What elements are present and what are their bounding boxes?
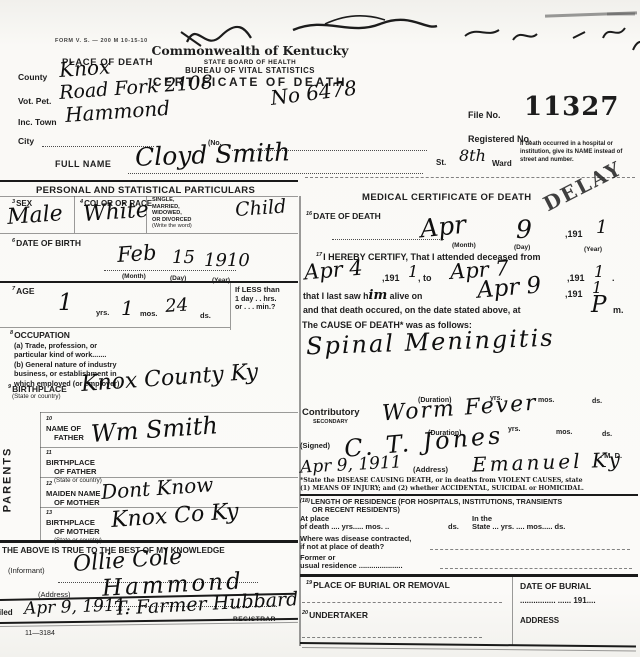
file-no-value: 11327 bbox=[524, 92, 619, 123]
age-years-value: 1 bbox=[58, 290, 73, 316]
divider bbox=[512, 577, 513, 645]
delay-stamp: DELAY bbox=[539, 156, 626, 216]
divider bbox=[0, 233, 298, 234]
item-number: 19 bbox=[306, 580, 312, 586]
mos-label: mos. bbox=[538, 397, 554, 405]
item-number: 6 bbox=[12, 238, 15, 244]
item-number: 16 bbox=[306, 211, 312, 217]
sex-value: Male bbox=[6, 201, 63, 230]
item-number: 11 bbox=[46, 450, 52, 456]
ds-label: ds. bbox=[200, 312, 211, 321]
divider bbox=[299, 196, 301, 646]
contracted-blank-line bbox=[430, 549, 630, 550]
hospital-note: If death occurred in a hospital or insti… bbox=[520, 141, 636, 164]
yrs-label: yrs. bbox=[508, 426, 520, 434]
occupation-label: 8OCCUPATION bbox=[10, 330, 70, 340]
father-name-value: Wm Smith bbox=[90, 411, 219, 448]
mos-label: mos. bbox=[556, 429, 572, 437]
divider bbox=[0, 540, 298, 543]
item-number: 8 bbox=[10, 330, 13, 336]
printed-year-prefix: ,191 bbox=[567, 273, 585, 284]
contributory-value: Worm Fever bbox=[381, 391, 538, 427]
cause-footnote-line1: *State the DISEASE CAUSING DEATH, or in … bbox=[300, 477, 583, 484]
street-label: St. bbox=[436, 158, 446, 167]
attended-from-value: Apr 4 bbox=[303, 255, 364, 284]
from-year-hand: 1 bbox=[408, 262, 418, 281]
divider bbox=[40, 412, 41, 540]
signed-date-value: Apr 9, 1911 bbox=[300, 452, 402, 477]
age-label: 7AGE bbox=[12, 286, 34, 296]
item-number: 9 bbox=[8, 384, 11, 390]
burial-place-blank-line bbox=[302, 602, 502, 603]
item-number: 17 bbox=[316, 252, 322, 258]
date-of-burial-blank: ................ ...... 191.... bbox=[520, 596, 596, 605]
ds-label: ds. bbox=[592, 398, 602, 406]
item-number: 13 bbox=[46, 510, 52, 516]
date-of-death-label: 16DATE OF DEATH bbox=[306, 211, 381, 221]
year-label: (Year) bbox=[584, 246, 602, 254]
secondary-label: SECONDARY bbox=[313, 419, 348, 425]
death-day-value: 9 bbox=[516, 215, 532, 244]
month-label: (Month) bbox=[122, 273, 146, 281]
month-label: (Month) bbox=[452, 242, 476, 250]
filed-label: Filed bbox=[0, 608, 13, 617]
color-race-value: White bbox=[82, 197, 149, 227]
divider bbox=[300, 574, 638, 577]
him-handwritten: im bbox=[369, 288, 388, 303]
informant-label: (Informant) bbox=[8, 567, 45, 576]
full-name-value: Cloyd Smith bbox=[135, 137, 291, 171]
divider bbox=[230, 283, 231, 330]
death-certificate-scan: FORM V. S. — 200 M 10-15-10 Commonwealth… bbox=[0, 0, 640, 657]
divider bbox=[40, 412, 298, 413]
marital-status-value: Child bbox=[234, 195, 287, 221]
parents-section-label: PARENTS bbox=[0, 418, 16, 540]
state-or-country-label: (State or country) bbox=[12, 393, 61, 400]
day-label: (Day) bbox=[514, 244, 530, 252]
signed-label: (Signed) bbox=[300, 442, 330, 451]
physician-address-value: Emanuel Ky bbox=[472, 447, 624, 476]
father-name-label: 10NAME OF FATHER bbox=[46, 416, 84, 443]
father-birthplace-label: 11BIRTHPLACE OF FATHER (State or country… bbox=[46, 450, 102, 484]
meridiem-label: m. bbox=[613, 305, 624, 316]
divider bbox=[300, 494, 638, 496]
birth-year-value: 1910 bbox=[204, 250, 250, 271]
if-less-than-note: If LESS than 1 day . . hrs. or . . . min… bbox=[235, 286, 280, 312]
item-number: 7 bbox=[12, 286, 15, 292]
period: . bbox=[612, 273, 615, 284]
item-number: 20 bbox=[302, 610, 308, 616]
medical-section-title: MEDICAL CERTIFICATE OF DEATH bbox=[362, 192, 532, 203]
divider bbox=[302, 647, 636, 651]
printed-year-prefix: ,191 bbox=[565, 289, 583, 300]
cause-footnote-line2: (1) MEANS OF INJURY; and (2) whether ACC… bbox=[300, 485, 584, 492]
voting-precinct-label: Vot. Pet. bbox=[18, 96, 51, 106]
form-code: 11—3184 bbox=[25, 630, 55, 638]
marital-status-label: SINGLE, MARRIED, WIDOWED, OR DIVORCED (W… bbox=[152, 197, 192, 230]
death-month-value: Apr bbox=[419, 210, 468, 244]
divider bbox=[0, 327, 230, 328]
personal-section-title: PERSONAL AND STATISTICAL PARTICULARS bbox=[36, 185, 255, 196]
full-name-label: FULL NAME bbox=[55, 159, 111, 170]
yrs-label: yrs. bbox=[96, 309, 109, 318]
undertaker-label: 20UNDERTAKER bbox=[302, 610, 368, 620]
dob-blank-line bbox=[104, 270, 236, 271]
item-number: 12 bbox=[46, 481, 52, 487]
undertaker-address-label: ADDRESS bbox=[520, 616, 559, 625]
divider bbox=[74, 196, 75, 233]
mos-label: mos. bbox=[140, 310, 158, 319]
inc-town-label: Inc. Town bbox=[18, 117, 57, 127]
in-state-line: State ... yrs. .... mos..... ds. bbox=[472, 523, 565, 532]
commonwealth-title: Commonwealth of Kentucky bbox=[128, 44, 372, 59]
undertaker-blank-line bbox=[302, 637, 482, 638]
last-saw-line: that I last saw him alive on bbox=[303, 288, 422, 303]
birth-day-value: 15 bbox=[172, 247, 195, 268]
item-number: 10 bbox=[46, 416, 52, 422]
former-residence-blank-line bbox=[440, 568, 632, 569]
to-label: , to bbox=[418, 273, 432, 284]
last-saw-date-value: Apr 9 bbox=[476, 272, 542, 304]
death-hour-value: P bbox=[591, 292, 606, 318]
mother-maiden-name-label: 12MAIDEN NAME OF MOTHER bbox=[46, 481, 100, 508]
ward-label: Ward bbox=[492, 159, 512, 168]
state-board-line: STATE BOARD OF HEALTH bbox=[128, 59, 372, 66]
mother-birthplace-value: Knox Co Ky bbox=[110, 499, 239, 533]
date-of-birth-label: 6DATE OF BIRTH bbox=[12, 238, 81, 248]
ds-label: ds. bbox=[602, 431, 612, 439]
age-months-value: 1 bbox=[121, 296, 134, 320]
item-number: (18) bbox=[300, 498, 310, 504]
printed-year-prefix: ,191 bbox=[565, 229, 583, 240]
at-place-line: of death .... yrs..... mos. .. bbox=[300, 523, 389, 532]
physician-address-label: (Address) bbox=[413, 466, 448, 475]
birth-month-value: Feb bbox=[116, 240, 157, 267]
date-of-burial-label: DATE OF BURIAL bbox=[520, 581, 591, 591]
printed-year-prefix: ,191 bbox=[382, 273, 400, 284]
death-occurred-line: and that death occured, on the date stat… bbox=[303, 305, 521, 315]
county-value: Knox bbox=[58, 54, 111, 82]
death-year-hand: 1 bbox=[596, 217, 607, 238]
full-name-line bbox=[128, 173, 423, 174]
divider bbox=[0, 180, 298, 182]
ds-label: ds. bbox=[448, 523, 459, 532]
file-no-label: File No. bbox=[468, 110, 501, 121]
city-label: City bbox=[18, 136, 34, 146]
ward-number-value: 8th bbox=[459, 146, 486, 165]
county-label: County bbox=[18, 72, 47, 82]
divider bbox=[40, 447, 298, 448]
place-of-burial-label: 19PLACE OF BURIAL OR REMOVAL bbox=[306, 580, 450, 590]
age-days-value: 24 bbox=[165, 294, 189, 317]
former-residence-line2: usual residence ..................... bbox=[300, 562, 403, 571]
contributory-label: Contributory bbox=[302, 407, 360, 418]
divider bbox=[0, 281, 298, 283]
disease-contracted-line2: if not at place of death? bbox=[300, 543, 384, 552]
